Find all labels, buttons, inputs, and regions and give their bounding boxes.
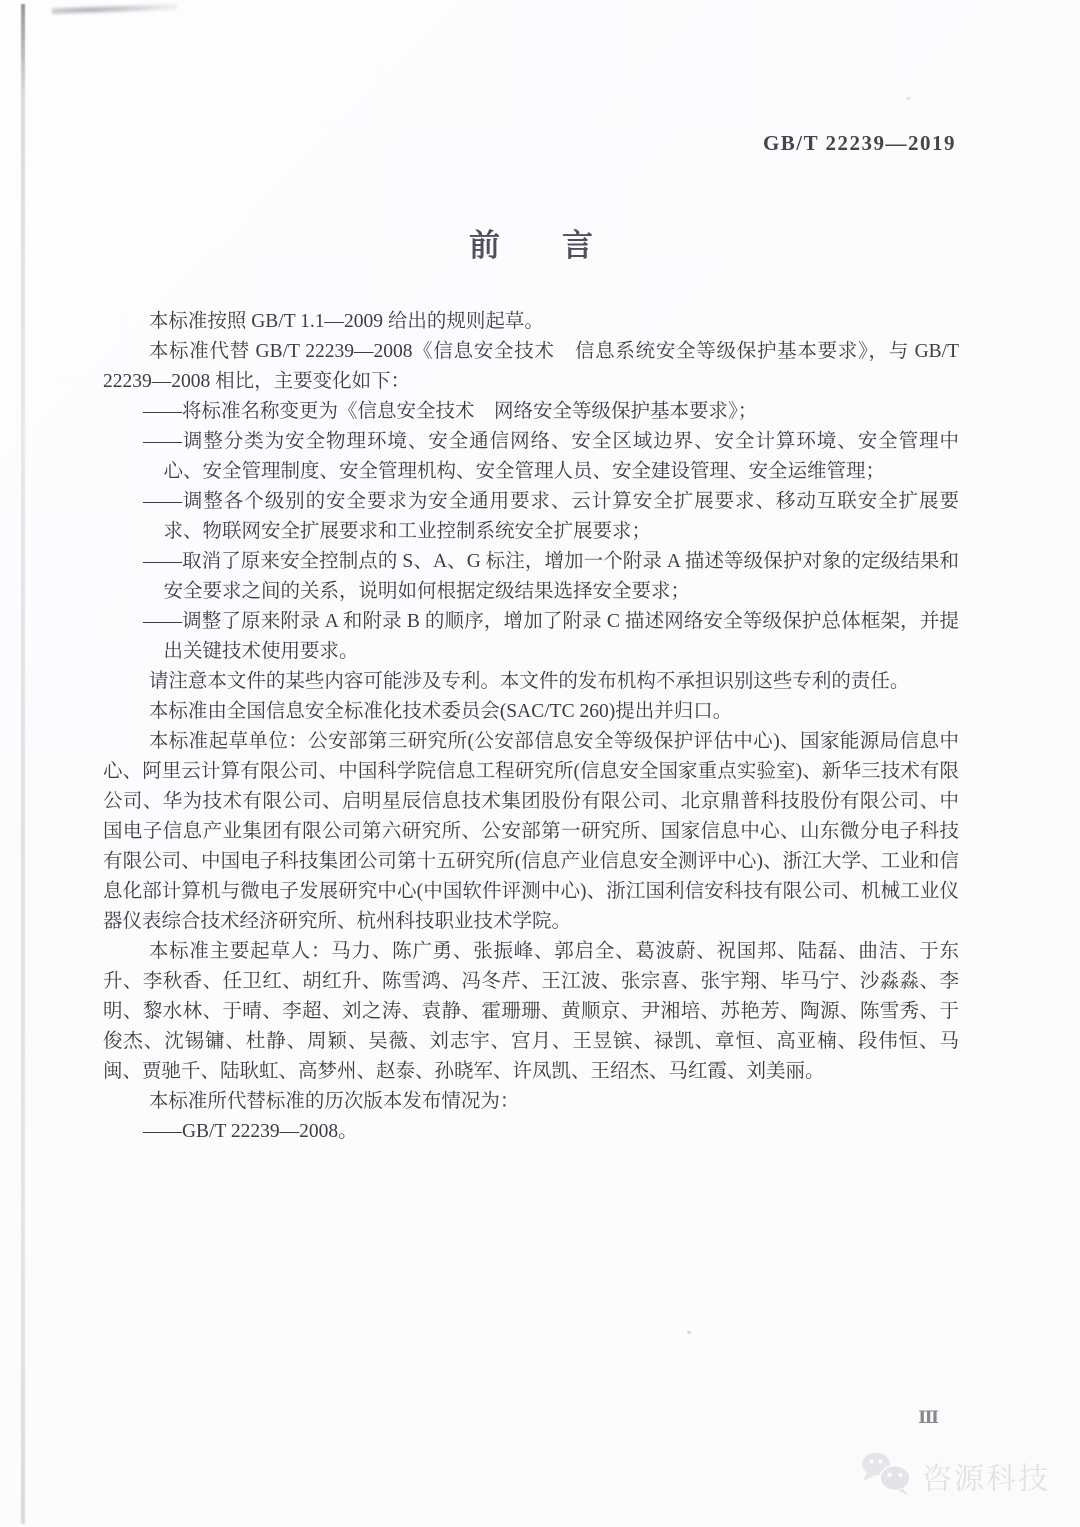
paragraph-drafters: 本标准主要起草人：马力、陈广勇、张振峰、郭启全、葛波蔚、祝国邦、陆磊、曲洁、于东… bbox=[103, 937, 959, 1087]
page-title: 前 言 bbox=[103, 220, 959, 265]
wechat-bubbles-icon bbox=[859, 1450, 915, 1501]
foreword-body: 本标准按照 GB/T 1.1—2009 给出的规则起草。 本标准代替 GB/T … bbox=[103, 307, 959, 1147]
scan-edge-line bbox=[21, 4, 25, 1524]
scan-speck bbox=[687, 1331, 691, 1334]
standard-code: GB/T 22239—2019 bbox=[763, 131, 956, 156]
paragraph-committee: 本标准由全国信息安全标准化技术委员会(SAC/TC 260)提出并归口。 bbox=[103, 697, 959, 727]
watermark: 咨源科技 bbox=[859, 1450, 1050, 1501]
paragraph-drafting-rule: 本标准按照 GB/T 1.1—2009 给出的规则起草。 bbox=[103, 307, 959, 337]
scanned-document-page: GB/T 22239—2019 前 言 本标准按照 GB/T 1.1—2009 … bbox=[0, 0, 1080, 1527]
change-item: ——调整分类为安全物理环境、安全通信网络、安全区域边界、安全计算环境、安全管理中… bbox=[103, 427, 959, 487]
scan-smudge bbox=[52, 3, 177, 15]
page-number: Ⅲ bbox=[918, 1408, 939, 1428]
change-item: ——调整了原来附录 A 和附录 B 的顺序，增加了附录 C 描述网络安全等级保护… bbox=[103, 607, 959, 667]
paragraph-history-heading: 本标准所代替标准的历次版本发布情况为： bbox=[103, 1087, 959, 1117]
paragraph-patent-note: 请注意本文件的某些内容可能涉及专利。本文件的发布机构不承担识别这些专利的责任。 bbox=[103, 667, 959, 697]
paragraph-replaces: 本标准代替 GB/T 22239—2008《信息安全技术 信息系统安全等级保护基… bbox=[103, 337, 959, 397]
change-item: ——将标准名称变更为《信息安全技术 网络安全等级保护基本要求》； bbox=[103, 397, 959, 427]
change-item: ——取消了原来安全控制点的 S、A、G 标注，增加一个附录 A 描述等级保护对象… bbox=[103, 547, 959, 607]
scan-speck bbox=[906, 97, 911, 100]
change-item: ——调整各个级别的安全要求为安全通用要求、云计算安全扩展要求、移动互联安全扩展要… bbox=[103, 487, 959, 547]
paragraph-drafting-units: 本标准起草单位：公安部第三研究所(公安部信息安全等级保护评估中心)、国家能源局信… bbox=[103, 727, 959, 937]
previous-edition-item: ——GB/T 22239—2008。 bbox=[103, 1117, 959, 1147]
watermark-text: 咨源科技 bbox=[922, 1454, 1050, 1498]
